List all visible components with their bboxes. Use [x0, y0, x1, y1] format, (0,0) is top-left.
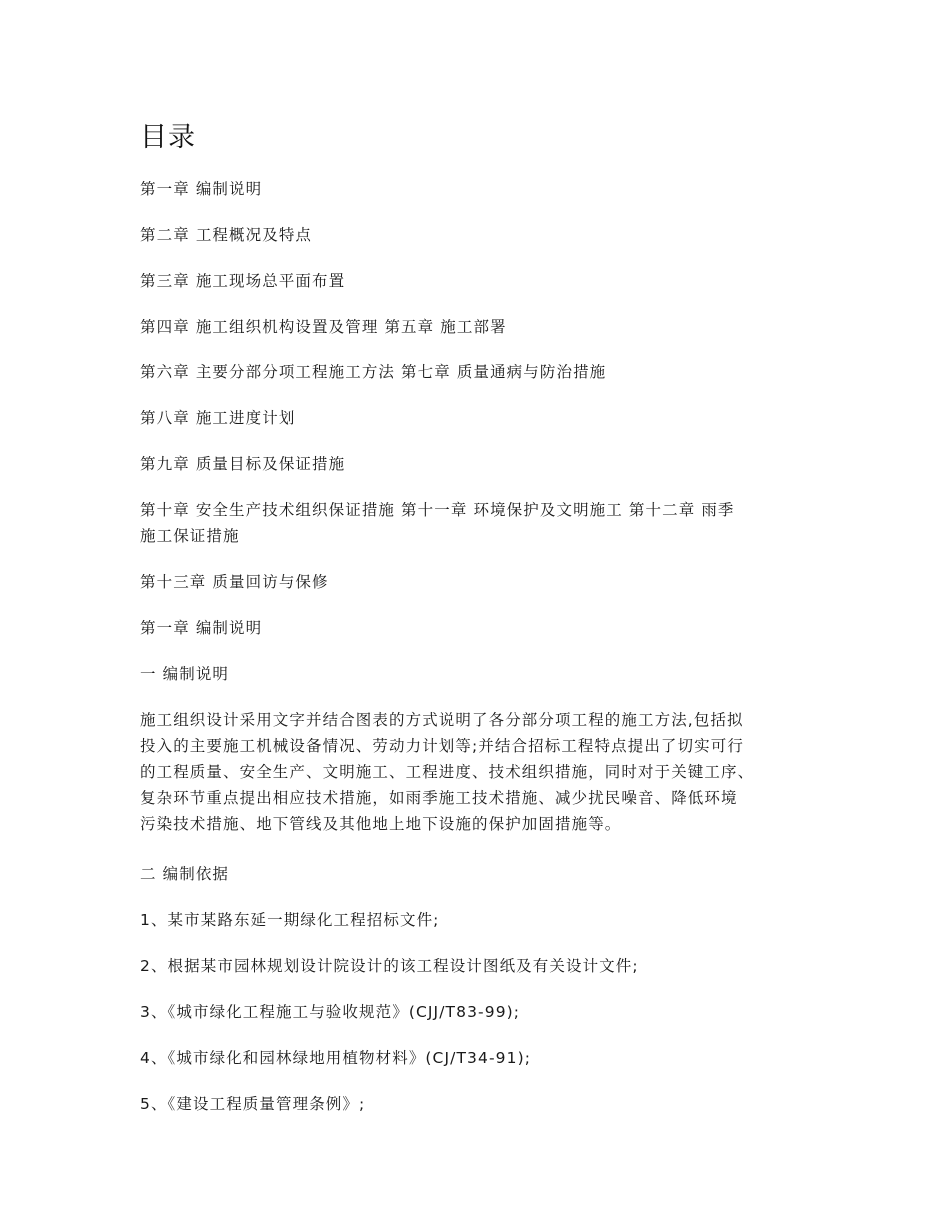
- paragraph-line-4: 复杂环节重点提出相应技术措施，如雨季施工技术措施、减少扰民噪音、降低环境: [140, 785, 738, 811]
- basis-item-4: 4、《城市绿化和园林绿地用植物材料》(CJ/T34-91);: [140, 1045, 531, 1071]
- toc-item-7: 第九章 质量目标及保证措施: [140, 451, 345, 477]
- paragraph-line-3: 的工程质量、安全生产、文明施工、工程进度、技术组织措施，同时对于关键工序、: [140, 759, 754, 785]
- paragraph-line-5: 污染技术措施、地下管线及其他地上地下设施的保护加固措施等。: [140, 811, 621, 837]
- toc-item-2: 第二章 工程概况及特点: [140, 222, 312, 248]
- toc-item-6: 第八章 施工进度计划: [140, 405, 295, 431]
- toc-item-1: 第一章 编制说明: [140, 176, 262, 202]
- basis-item-2: 2、根据某市园林规划设计院设计的该工程设计图纸及有关设计文件;: [140, 953, 639, 979]
- chapter-heading: 第一章 编制说明: [140, 615, 262, 641]
- basis-item-1: 1、某市某路东延一期绿化工程招标文件;: [140, 907, 440, 933]
- basis-item-3: 3、《城市绿化工程施工与验收规范》(CJJ/T83-99);: [140, 999, 520, 1025]
- paragraph-line-2: 投入的主要施工机械设备情况、劳动力计划等;并结合招标工程特点提出了切实可行: [140, 733, 744, 759]
- page-title: 目录: [140, 118, 196, 158]
- section-heading-1: 一 编制说明: [140, 661, 229, 687]
- toc-item-8-continued: 施工保证措施: [140, 523, 240, 549]
- toc-item-9: 第十三章 质量回访与保修: [140, 569, 329, 595]
- section-heading-2: 二 编制依据: [140, 861, 229, 887]
- toc-item-3: 第三章 施工现场总平面布置: [140, 268, 345, 294]
- toc-item-8: 第十章 安全生产技术组织保证措施 第十一章 环境保护及文明施工 第十二章 雨季: [140, 497, 735, 523]
- toc-item-4: 第四章 施工组织机构设置及管理 第五章 施工部署: [140, 314, 507, 340]
- paragraph-line-1: 施工组织设计采用文字并结合图表的方式说明了各分部分项工程的施工方法,包括拟: [140, 707, 744, 733]
- basis-item-5: 5、《建设工程质量管理条例》;: [140, 1091, 365, 1117]
- toc-item-5: 第六章 主要分部分项工程施工方法 第七章 质量通病与防治措施: [140, 359, 606, 385]
